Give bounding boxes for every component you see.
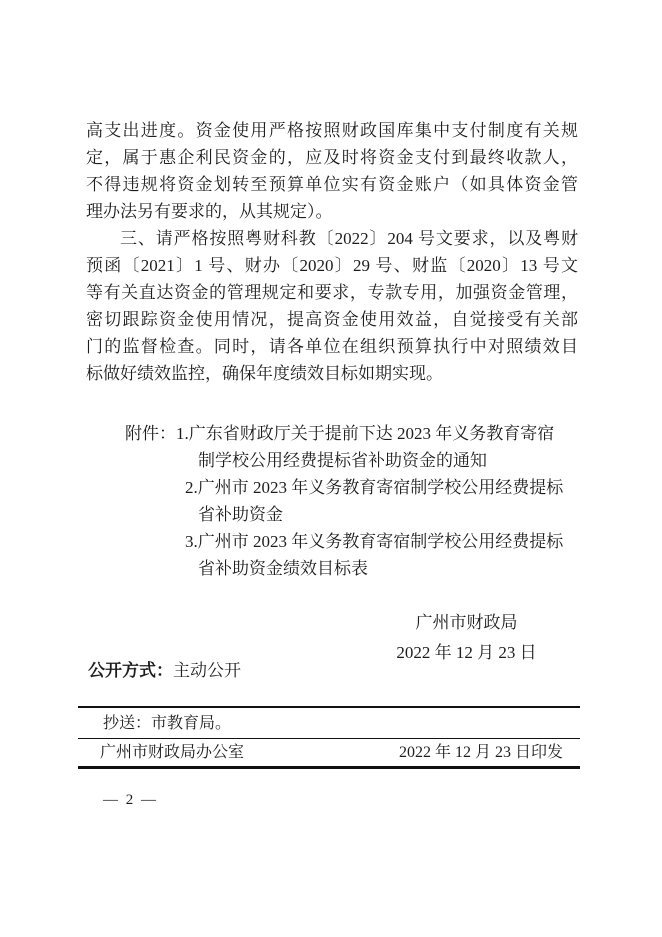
attachment-line: 1.广东省财政厅关于提前下达 2023 年义务教育寄宿: [176, 420, 580, 447]
body-line: 门的监督检查。同时，请各单位在组织预算执行中对照绩效目: [86, 333, 578, 360]
body-line: 三、请严格按照粤财科教〔2022〕204 号文要求，以及粤财: [86, 225, 578, 252]
attachments-label: 附件：: [125, 420, 176, 447]
issuing-office: 广州市财政局办公室: [100, 739, 244, 766]
issuer-name: 广州市财政局: [390, 608, 543, 638]
document-page: 高支出进度。资金使用严格按照财政国库集中支付制度有关规定，属于惠企利民资金的，应…: [0, 0, 662, 937]
attachment-line: 省补助资金绩效目标表: [198, 555, 580, 582]
signature-block: 广州市财政局 2022 年 12 月 23 日: [390, 608, 543, 668]
body-line: 理办法另有要求的，从其规定）。: [86, 198, 578, 225]
body-line: 等有关直达资金的管理规定和要求，专款专用，加强资金管理，: [86, 279, 578, 306]
body-line: 密切跟踪资金使用情况，提高资金使用效益，自觉接受有关部: [86, 306, 578, 333]
paragraph-2: 三、请严格按照粤财科教〔2022〕204 号文要求，以及粤财预函〔2021〕1 …: [86, 225, 578, 387]
paragraph-2-lines: 三、请严格按照粤财科教〔2022〕204 号文要求，以及粤财预函〔2021〕1 …: [86, 225, 578, 360]
disclosure-value: 主动公开: [173, 661, 241, 680]
disclosure-line: 公开方式：主动公开: [88, 657, 241, 684]
body-line: 高支出进度。资金使用严格按照财政国库集中支付制度有关规: [86, 117, 578, 144]
disclosure-label: 公开方式：: [88, 661, 173, 680]
body-line: 定，属于惠企利民资金的，应及时将资金支付到最终收款人，: [86, 144, 578, 171]
attachment-line: 制学校公用经费提标省补助资金的通知: [198, 447, 580, 474]
body-text: 高支出进度。资金使用严格按照财政国库集中支付制度有关规定，属于惠企利民资金的，应…: [86, 117, 578, 387]
page-number: — 2 —: [103, 792, 158, 809]
body-line: 标做好绩效监控，确保年度绩效目标如期实现。: [86, 360, 578, 387]
attachments-block: 附件： 1.广东省财政厅关于提前下达 2023 年义务教育寄宿制学校公用经费提标…: [125, 420, 580, 582]
attachment-line: 省补助资金: [198, 501, 580, 528]
attachments-list: 1.广东省财政厅关于提前下达 2023 年义务教育寄宿制学校公用经费提标省补助资…: [176, 420, 580, 582]
body-line: 预函〔2021〕1 号、财办〔2020〕29 号、财监〔2020〕13 号文: [86, 252, 578, 279]
cc-line: 抄送：市教育局。: [78, 708, 580, 739]
attachment-line: 3.广州市 2023 年义务教育寄宿制学校公用经费提标: [185, 528, 580, 555]
paragraph-1: 高支出进度。资金使用严格按照财政国库集中支付制度有关规定，属于惠企利民资金的，应…: [86, 117, 578, 225]
paragraph-1-lines: 高支出进度。资金使用严格按照财政国库集中支付制度有关规定，属于惠企利民资金的，应…: [86, 117, 578, 198]
print-date: 2022 年 12 月 23 日印发: [399, 739, 563, 766]
body-line: 不得违规将资金划转至预算单位实有资金账户（如具体资金管: [86, 171, 578, 198]
attachment-line: 2.广州市 2023 年义务教育寄宿制学校公用经费提标: [185, 474, 580, 501]
footer-block: 抄送：市教育局。 广州市财政局办公室 2022 年 12 月 23 日印发: [78, 706, 580, 769]
issue-date: 2022 年 12 月 23 日: [390, 638, 543, 668]
issue-line: 广州市财政局办公室 2022 年 12 月 23 日印发: [78, 739, 580, 766]
